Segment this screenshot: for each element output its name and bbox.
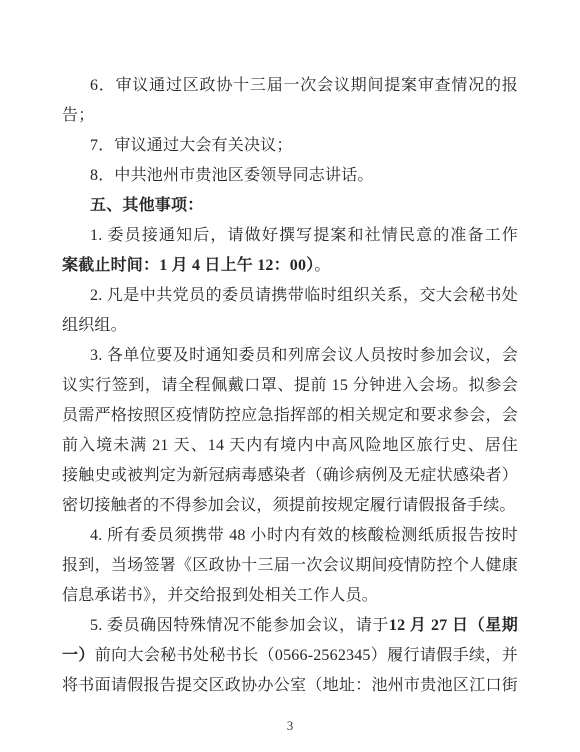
item-3-line-5: 接触史或被判定为新冠病毒感染者（确诊病例及无症状感染者）	[62, 461, 518, 491]
text-segment: 接触史或被判定为新冠病毒感染者（确诊病例及无症状感染者）	[62, 467, 518, 484]
item-2-line-2: 组织组。	[62, 311, 518, 341]
text-segment: 5. 委员确因特殊情况不能参加会议，请于	[90, 617, 389, 634]
item-7: 7．审议通过大会有关决议；	[62, 131, 518, 161]
text-segment: 4. 所有委员须携带 48 小时内有效的核酸检测纸质报告按时	[90, 527, 518, 544]
text-segment: 1. 委员接通知后，请做好撰写提案和社情民意的准备工作（	[62, 227, 518, 251]
bold-text-segment: 12 月 27 日（星期	[389, 617, 518, 634]
bold-text-segment: 一）	[62, 647, 95, 664]
text-segment: 密切接触者的不得参加会议，须提前按规定履行请假报备手续。	[62, 497, 516, 514]
item-1-line-2: 案截止时间：1 月 4 日上午 12：00）。	[62, 251, 518, 281]
document-page: 6．审议通过区政协十三届一次会议期间提案审查情况的报告；7．审议通过大会有关决议…	[0, 0, 580, 752]
text-segment: 。	[314, 257, 330, 274]
text-segment: 信息承诺书》，并交给报到处相关工作人员。	[62, 587, 378, 604]
text-segment: 将书面请假报告提交区政协办公室（地址：池州市贵池区江口街	[62, 677, 518, 694]
text-segment: 员需严格按照区疫情防控应急指挥部的相关规定和要求参会，会	[62, 407, 518, 424]
text-block: 6．审议通过区政协十三届一次会议期间提案审查情况的报告；7．审议通过大会有关决议…	[62, 71, 518, 701]
text-segment: 7．审议通过大会有关决议；	[90, 137, 293, 154]
item-6-line-1: 6．审议通过区政协十三届一次会议期间提案审查情况的报	[62, 71, 518, 101]
item-3-line-6: 密切接触者的不得参加会议，须提前按规定履行请假报备手续。	[62, 491, 518, 521]
item-4-line-2: 报到，当场签署《区政协十三届一次会议期间疫情防控个人健康	[62, 551, 518, 581]
item-6-line-2: 告；	[62, 101, 518, 131]
text-segment: 前向大会秘书处秘书长（0566-2562345）履行请假手续，并	[95, 647, 518, 664]
item-3-line-4: 前入境未满 21 天、14 天内有境内中高风险地区旅行史、居住史、	[62, 431, 518, 461]
bold-text-segment: 五、其他事项：	[90, 197, 203, 214]
bold-text-segment: 案截止时间：1 月 4 日上午 12：00）	[62, 257, 314, 274]
item-3-line-2: 议实行签到，请全程佩戴口罩、提前 15 分钟进入会场。拟参会人	[62, 371, 518, 401]
item-2-line-1: 2. 凡是中共党员的委员请携带临时组织关系，交大会秘书处	[62, 281, 518, 311]
item-5-line-3: 将书面请假报告提交区政协办公室（地址：池州市贵池区江口街	[62, 671, 518, 701]
page-number: 3	[0, 719, 580, 733]
text-segment: 2. 凡是中共党员的委员请携带临时组织关系，交大会秘书处	[90, 287, 518, 304]
text-segment: 告；	[62, 107, 94, 124]
text-segment: 6．审议通过区政协十三届一次会议期间提案审查情况的报	[90, 77, 518, 94]
text-segment: 组织组。	[62, 317, 127, 334]
item-4-line-1: 4. 所有委员须携带 48 小时内有效的核酸检测纸质报告按时	[62, 521, 518, 551]
item-8: 8．中共池州市贵池区委领导同志讲话。	[62, 161, 518, 191]
item-3-line-1: 3. 各单位要及时通知委员和列席会议人员按时参加会议，会	[62, 341, 518, 371]
item-5-line-2: 一）前向大会秘书处秘书长（0566-2562345）履行请假手续，并	[62, 641, 518, 671]
text-segment: 前入境未满 21 天、14 天内有境内中高风险地区旅行史、居住史、	[62, 437, 518, 461]
item-3-line-3: 员需严格按照区疫情防控应急指挥部的相关规定和要求参会，会	[62, 401, 518, 431]
item-4-line-3: 信息承诺书》，并交给报到处相关工作人员。	[62, 581, 518, 611]
text-segment: 8．中共池州市贵池区委领导同志讲话。	[90, 167, 374, 184]
section-heading-other-matters: 五、其他事项：	[62, 191, 518, 221]
text-segment: 报到，当场签署《区政协十三届一次会议期间疫情防控个人健康	[62, 557, 518, 574]
text-segment: 3. 各单位要及时通知委员和列席会议人员按时参加会议，会	[90, 347, 518, 364]
item-5-line-1: 5. 委员确因特殊情况不能参加会议，请于12 月 27 日（星期	[62, 611, 518, 641]
item-1-line-1: 1. 委员接通知后，请做好撰写提案和社情民意的准备工作（提	[62, 221, 518, 251]
text-segment: 议实行签到，请全程佩戴口罩、提前 15 分钟进入会场。拟参会人	[62, 377, 518, 401]
